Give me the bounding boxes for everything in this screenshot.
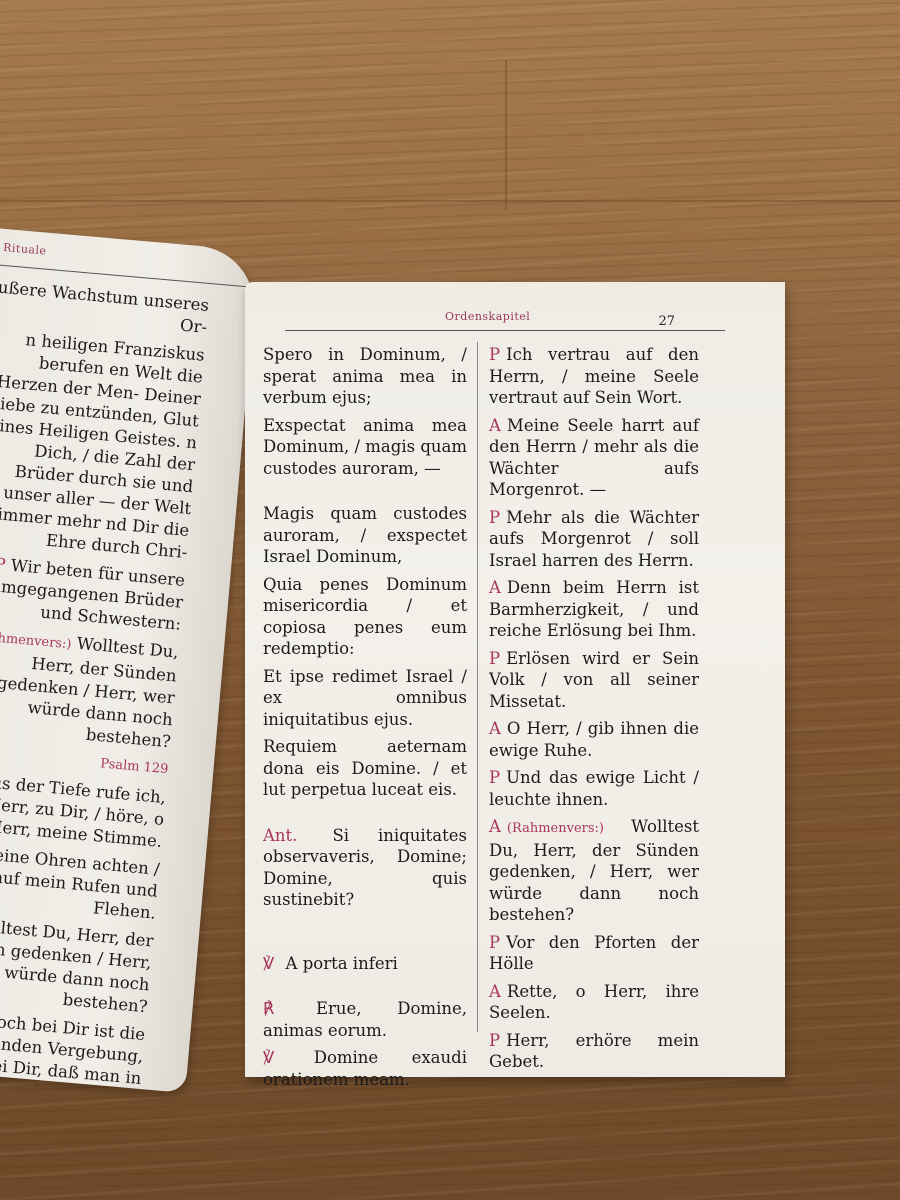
antiphon: Ant. Si iniquitates observaveris, Domine… (263, 825, 467, 911)
prayer-intro-text: Wir beten für unsere heimgegangenen Brüd… (0, 556, 186, 634)
speaker-marker: A (489, 719, 501, 738)
german-verse: PIch vertrau auf den Herrn, / meine Seel… (489, 344, 699, 409)
versicle: ℣ Domine exaudi orationem meam. (263, 1047, 467, 1090)
spacer (263, 485, 467, 503)
speaker-marker: A (489, 982, 501, 1001)
speaker-marker: A (489, 817, 501, 836)
latin-column: Spero in Dominum, / sperat anima mea in … (263, 344, 467, 1096)
versicle-text: A porta inferi (286, 954, 398, 973)
psalm-line: Doch bei Dir ist die Sünden finden Verge… (0, 1005, 146, 1093)
response: ℟ Erue, Domine, animas eorum. (263, 998, 467, 1041)
refrain: (Rahmenvers:) Wolltest Du, Herr, der Sün… (0, 622, 180, 753)
wood-plank-seam (505, 60, 507, 210)
speaker-marker: P (489, 508, 500, 527)
running-head-right: Ordenskapitel (445, 310, 530, 323)
verse-text: Rette, o Herr, ihre Seelen. (489, 982, 699, 1023)
versicle: ℣ A porta inferi (263, 953, 467, 975)
verse-text: Denn beim Herrn ist Barmherzigkeit, / un… (489, 578, 699, 640)
verse-text: Meine Seele harrt auf den Herrn / mehr a… (489, 416, 699, 500)
psalm-line: Laß Deine Ohren achten / auf mein Rufen … (0, 839, 161, 924)
spacer (263, 980, 467, 998)
german-verse: AO Herr, / gib ihnen die ewige Ruhe. (489, 718, 699, 761)
verse-text: Herr, erhöre mein Gebet. (489, 1031, 699, 1072)
latin-verse: Magis quam custodes auroram, / exspectet… (263, 503, 467, 568)
german-column: PIch vertrau auf den Herrn, / meine Seel… (489, 344, 699, 1079)
priest-marker: P (0, 554, 6, 574)
latin-verse: Quia penes Dominum misericordia / et cop… (263, 574, 467, 660)
verse-text: Vor den Pforten der Hölle (489, 933, 699, 974)
german-verse: ARette, o Herr, ihre Seelen. (489, 981, 699, 1024)
psalm-line: Wolltest Du, Herr, der Sünden gedenken /… (0, 911, 154, 1018)
speaker-marker: P (489, 768, 500, 787)
verse-text: O Herr, / gib ihnen die ewige Ruhe. (489, 719, 699, 760)
verse-text: Ich vertrau auf den Herrn, / meine Seele… (489, 345, 699, 407)
german-verse: PUnd das ewige Licht / leuchte ihnen. (489, 767, 699, 810)
versicle-text: Domine exaudi orationem meam. (263, 1048, 467, 1089)
speaker-marker: A (489, 416, 501, 435)
refrain-note: (Rahmenvers:) (507, 821, 604, 836)
speaker-marker: P (489, 1031, 500, 1050)
latin-verse: Requiem aeternam dona eis Domine. / et l… (263, 736, 467, 801)
german-verse: PHerr, erhöre mein Gebet. (489, 1030, 699, 1073)
psalm-line: Aus der Tiefe rufe ich, Herr, zu Dir, / … (0, 768, 167, 853)
page-number: 27 (658, 314, 675, 329)
german-verse: PErlösen wird er Sein Volk / von all sei… (489, 648, 699, 713)
paragraph: n heiligen Franziskus berufen en Welt di… (0, 325, 205, 564)
refrain-note: (Rahmenvers:) (0, 629, 72, 652)
response-text: Erue, Domine, animas eorum. (263, 999, 467, 1040)
german-verse: A(Rahmenvers:) Wolltest Du, Herr, der Sü… (489, 816, 699, 926)
verse-text: Erlösen wird er Sein Volk / von all sein… (489, 649, 699, 711)
latin-verse: Spero in Dominum, / sperat anima mea in … (263, 344, 467, 409)
speaker-marker: A (489, 578, 501, 597)
german-verse: ADenn beim Herrn ist Barmherzigkeit, / u… (489, 577, 699, 642)
left-book-page: Rituale äußere Wachstum unseres Or- n he… (0, 225, 259, 1093)
german-verse: PVor den Pforten der Hölle (489, 932, 699, 975)
response-icon: ℟ (263, 999, 274, 1018)
right-book-page: Ordenskapitel 27 Spero in Dominum, / spe… (245, 282, 785, 1077)
verse-text: Und das ewige Licht / leuchte ihnen. (489, 768, 699, 809)
latin-verse: Et ipse redimet Israel / ex omnibus iniq… (263, 666, 467, 731)
speaker-marker: P (489, 933, 500, 952)
wood-plank-seam (0, 200, 900, 202)
speaker-marker: P (489, 649, 500, 668)
spacer (263, 807, 467, 825)
refrain-text: Wolltest Du, Herr, der Sünden gedenken /… (0, 634, 179, 751)
versicle-icon: ℣ (263, 954, 274, 973)
versicle-icon: ℣ (263, 1048, 274, 1067)
german-verse: PMehr als die Wächter aufs Morgenrot / s… (489, 507, 699, 572)
spacer (263, 917, 467, 953)
prayer-intro: P Wir beten für unsere heimgegangenen Br… (0, 550, 186, 635)
verse-text: Mehr als die Wächter aufs Morgenrot / so… (489, 508, 699, 570)
header-rule (285, 330, 725, 331)
left-page-text: äußere Wachstum unseres Or- n heiligen F… (0, 275, 210, 1092)
latin-verse: Exspectat anima mea Dominum, / magis qua… (263, 415, 467, 480)
column-divider (477, 342, 478, 1032)
antiphon-marker: Ant. (263, 826, 297, 845)
speaker-marker: P (489, 345, 500, 364)
running-head-left: Rituale (3, 241, 47, 258)
german-verse: AMeine Seele harrt auf den Herrn / mehr … (489, 415, 699, 501)
